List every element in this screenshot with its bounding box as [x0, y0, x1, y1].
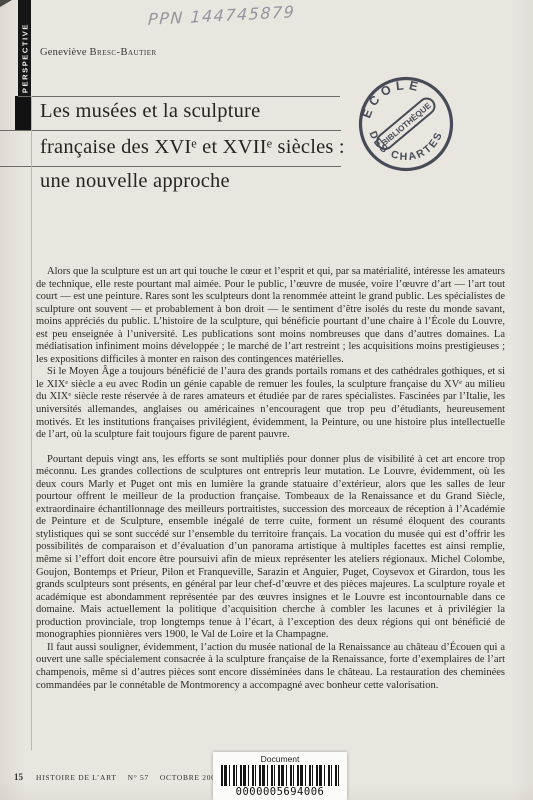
barcode-number: 0000005694006: [213, 786, 347, 798]
barcode-label: Document: [213, 754, 347, 764]
barcode-bars-icon: [221, 765, 339, 786]
article-title-line1: Les musées et la sculpture: [40, 100, 260, 123]
title-rule-middle: [0, 130, 341, 131]
left-margin-rule: [31, 96, 32, 750]
author-last-name: Bresc-Bautier: [90, 47, 157, 58]
series-spine-label: PERSPECTIVE: [20, 23, 29, 93]
title-rule-top: [18, 96, 340, 97]
scanned-journal-page: PERSPECTIVE PPN 144745879 Geneviève Bres…: [0, 0, 533, 800]
body-paragraph-1: Alors que la sculpture est un art qui to…: [36, 266, 505, 366]
author-name: Geneviève Bresc-Bautier: [40, 47, 157, 58]
library-stamp: ECOLE DES CHARTES BIBLIOTHÈQUE: [356, 74, 456, 174]
library-stamp-icon: ECOLE DES CHARTES BIBLIOTHÈQUE: [356, 74, 456, 174]
article-body: Alors que la sculpture est un art qui to…: [36, 266, 505, 750]
footer-issue-number: N° 57: [128, 773, 149, 782]
footer-journal-title: HISTOIRE DE L’ART: [36, 773, 117, 782]
title-marker-block: [15, 96, 31, 131]
article-title-line2: française des XVIᵉ et XVIIᵉ siècles :: [40, 136, 345, 159]
series-spine-band: PERSPECTIVE: [18, 0, 31, 97]
body-paragraph-2: Si le Moyen Âge a toujours bénéficié de …: [36, 366, 505, 441]
footer-page-number: 15: [14, 772, 23, 782]
article-title-line3: une nouvelle approche: [40, 170, 230, 193]
footer-date: OCTOBRE 2005: [160, 773, 220, 782]
handwritten-ppn-note: PPN 144745879: [148, 2, 296, 29]
stamp-band-text: BIBLIOTHÈQUE: [379, 100, 433, 148]
body-paragraph-3: Pourtant depuis vingt ans, les efforts s…: [36, 454, 505, 642]
barcode-sticker: Document 0000005694006: [213, 752, 347, 800]
scan-corner-artifact: [0, 0, 12, 7]
title-rule-bottom: [0, 166, 341, 167]
author-first-name: Geneviève: [40, 47, 90, 58]
body-paragraph-4: Il faut aussi souligner, évidemment, l’a…: [36, 642, 505, 692]
page-footer: 15HISTOIRE DE L’ARTN° 57OCTOBRE 2005: [14, 767, 231, 785]
